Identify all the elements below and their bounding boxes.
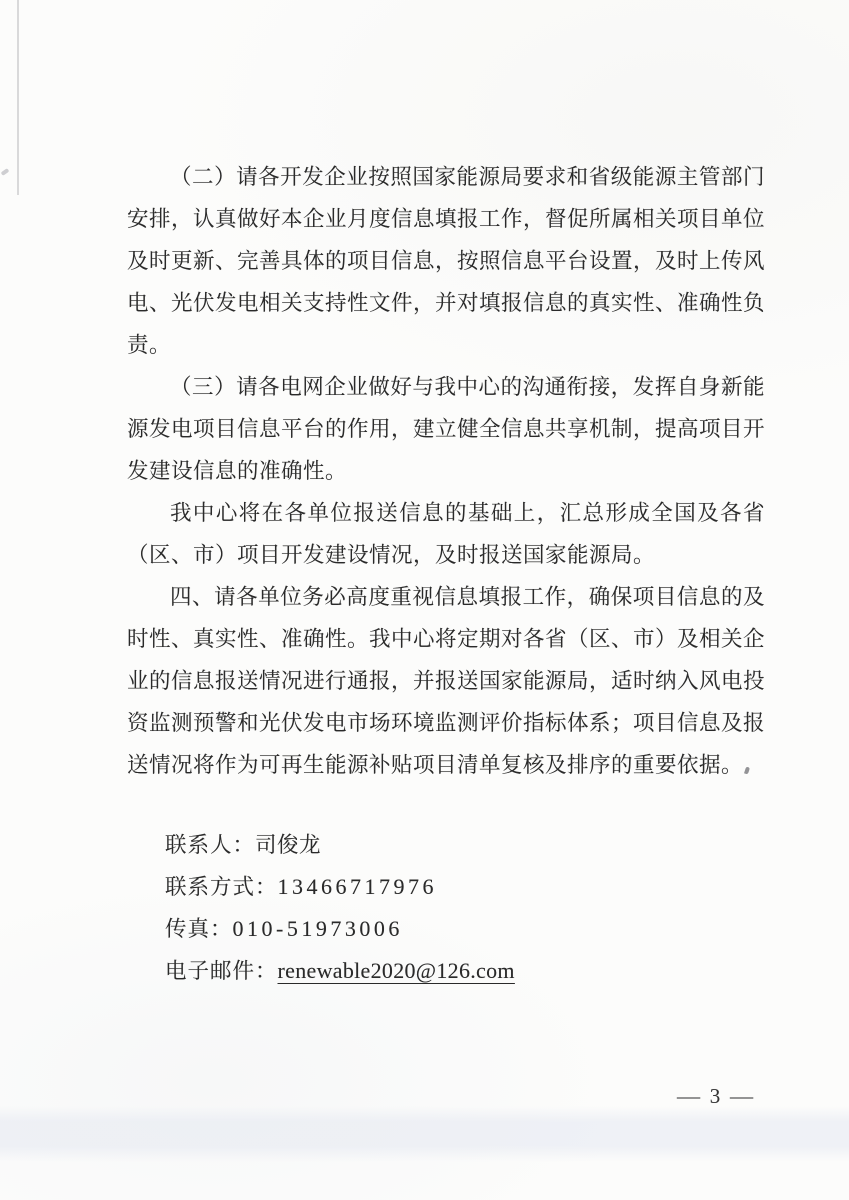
contact-email-value: renewable2020@126.com [278, 958, 515, 983]
scan-artifact-left-speck [1, 168, 10, 176]
contact-email-label: 电子邮件： [165, 959, 278, 983]
contact-phone-value: 13466717976 [278, 874, 438, 899]
text-line: 发建设信息的准确性。 [127, 450, 765, 492]
text-line: （二）请各开发企业按照国家能源局要求和省级能源主管部门 [127, 156, 765, 198]
text-line: （区、市）项目开发建设情况，及时报送国家能源局。 [127, 534, 765, 576]
page-number-dash-right: — [730, 1084, 753, 1109]
contact-fax-label: 传真： [165, 917, 233, 941]
paragraph-item-2: （二）请各开发企业按照国家能源局要求和省级能源主管部门 安排，认真做好本企业月度… [127, 156, 765, 366]
text-line: 资监测预警和光伏发电市场环境监测评价指标体系；项目信息及报 [127, 702, 765, 744]
text-line: 电、光伏发电相关支持性文件，并对填报信息的真实性、准确性负 [127, 282, 765, 324]
text-line: 源发电项目信息平台的作用，建立健全信息共享机制，提高项目开 [127, 408, 765, 450]
contact-row-fax: 传真：010-51973006 [165, 908, 515, 950]
paragraph-summary: 我中心将在各单位报送信息的基础上，汇总形成全国及各省 （区、市）项目开发建设情况… [127, 492, 765, 576]
text-line: （三）请各电网企业做好与我中心的沟通衔接，发挥自身新能 [127, 366, 765, 408]
scanned-document-page: （二）请各开发企业按照国家能源局要求和省级能源主管部门 安排，认真做好本企业月度… [0, 0, 849, 1200]
contact-row-email: 电子邮件：renewable2020@126.com [165, 950, 515, 992]
paragraph-item-3: （三）请各电网企业做好与我中心的沟通衔接，发挥自身新能 源发电项目信息平台的作用… [127, 366, 765, 492]
scan-artifact-left-edge-line [17, 0, 19, 195]
contact-fax-value: 010-51973006 [233, 916, 403, 941]
contact-row-phone: 联系方式：13466717976 [165, 866, 515, 908]
document-body: （二）请各开发企业按照国家能源局要求和省级能源主管部门 安排，认真做好本企业月度… [127, 156, 765, 786]
text-line: 时性、真实性、准确性。我中心将定期对各省（区、市）及相关企 [127, 618, 765, 660]
page-number-value: 3 [710, 1084, 721, 1109]
text-line: 我中心将在各单位报送信息的基础上，汇总形成全国及各省 [127, 492, 765, 534]
scan-artifact-bottom-band [0, 1106, 849, 1162]
contact-person-label: 联系人： [165, 833, 255, 857]
paragraph-section-4: 四、请各单位务必高度重视信息填报工作，确保项目信息的及 时性、真实性、准确性。我… [127, 576, 765, 786]
contact-phone-label: 联系方式： [165, 875, 278, 899]
text-line: 四、请各单位务必高度重视信息填报工作，确保项目信息的及 [127, 576, 765, 618]
text-line: 送情况将作为可再生能源补贴项目清单复核及排序的重要依据。 [127, 744, 765, 786]
contact-person-value: 司俊龙 [255, 833, 321, 857]
text-line: 安排，认真做好本企业月度信息填报工作，督促所属相关项目单位 [127, 198, 765, 240]
page-number-dash-left: — [677, 1084, 700, 1109]
contact-row-person: 联系人：司俊龙 [165, 824, 515, 866]
contact-block: 联系人：司俊龙 联系方式：13466717976 传真：010-51973006… [165, 824, 515, 992]
text-line: 业的信息报送情况进行通报，并报送国家能源局，适时纳入风电投 [127, 660, 765, 702]
text-line: 责。 [127, 324, 765, 366]
text-line: 及时更新、完善具体的项目信息，按照信息平台设置，及时上传风 [127, 240, 765, 282]
